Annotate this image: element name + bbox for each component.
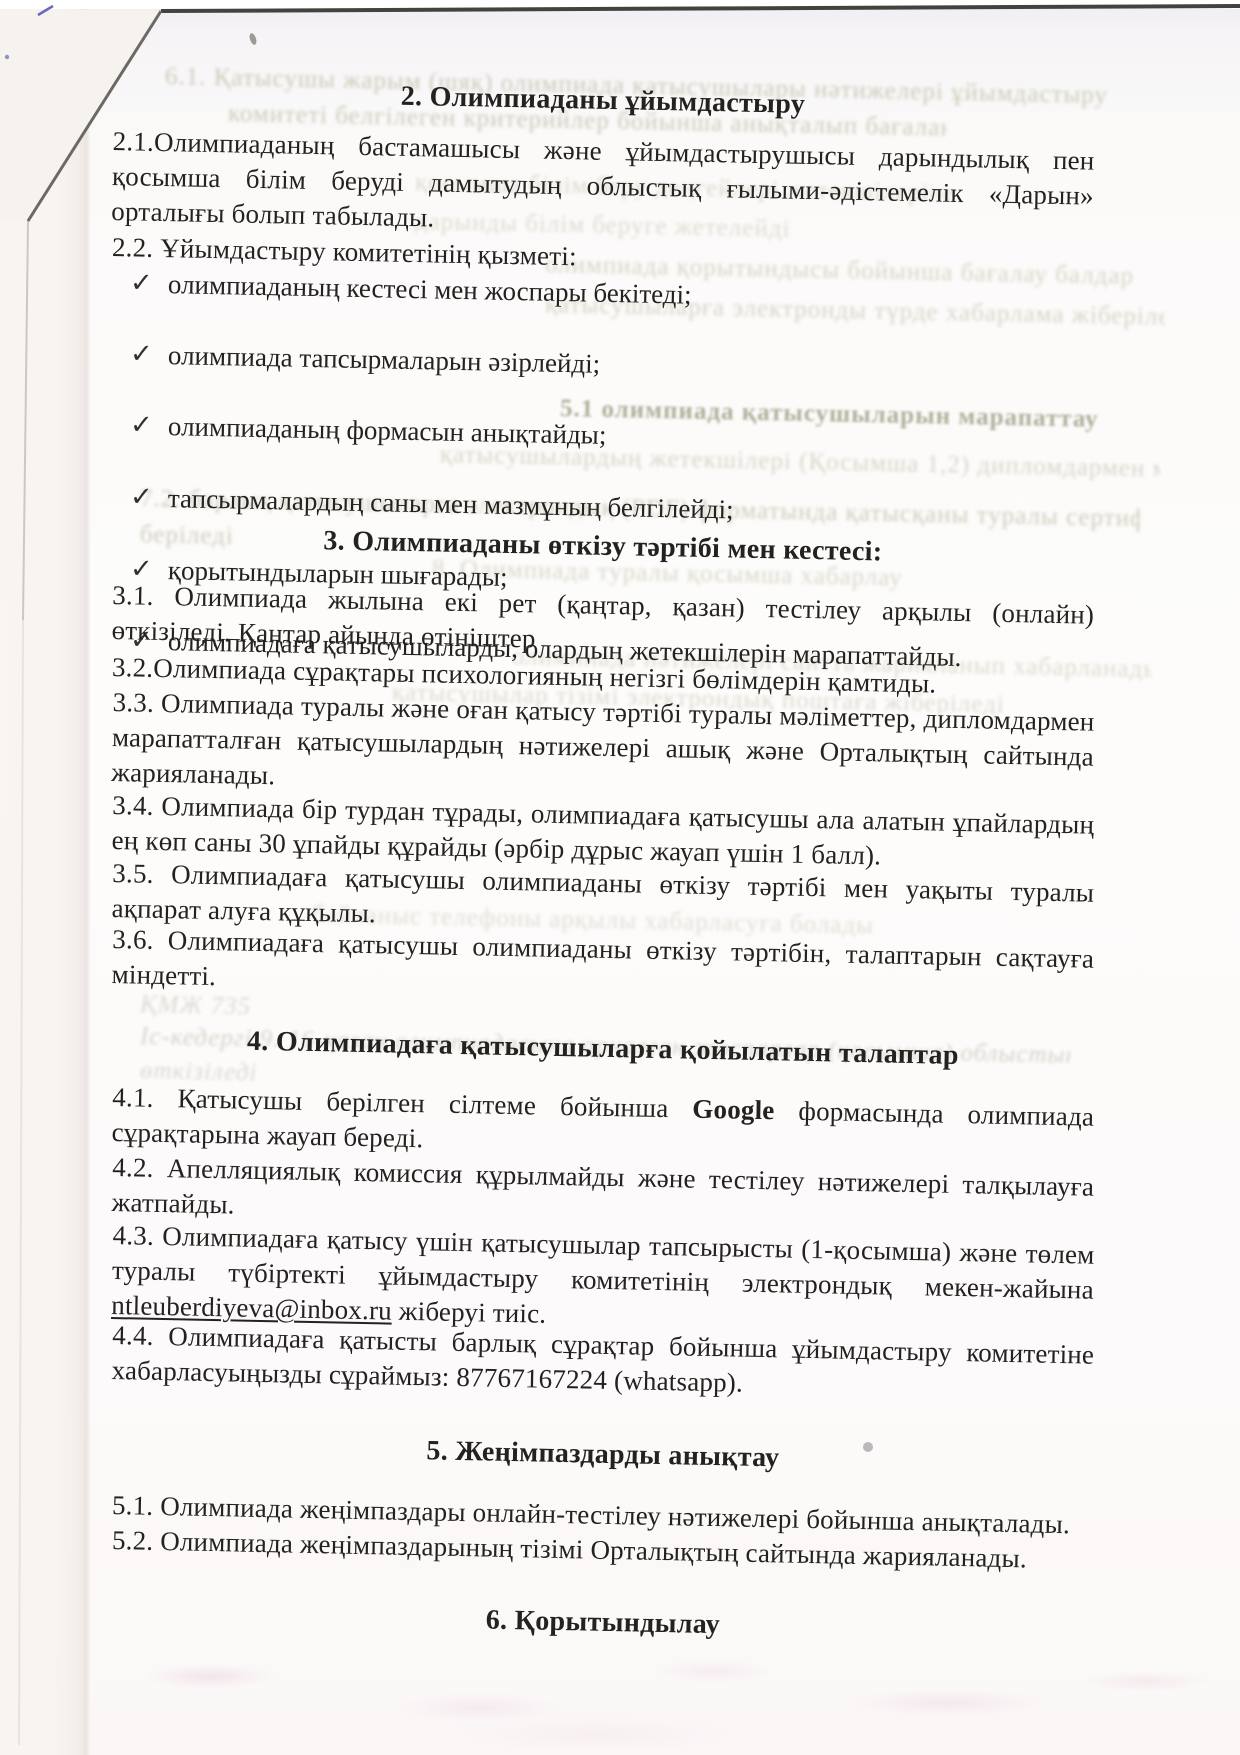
checkmark-icon: ✓ — [130, 337, 153, 371]
checkmark-icon: ✓ — [130, 480, 153, 514]
paragraph-2-1: 2.1.Олимпиаданың бастамашысы және ұйымда… — [111, 124, 1095, 249]
checkmark-icon: ✓ — [130, 266, 153, 300]
checkmark-icon: ✓ — [130, 408, 153, 442]
bleedthrough-line: ҚМЖ 735 — [140, 990, 252, 1022]
scan-noise-bottom — [70, 1645, 1240, 1750]
checklist-item-text: олимпиада тапсырмаларын әзірлейді; — [168, 340, 601, 379]
google-brand-word: Google — [692, 1094, 775, 1126]
page-left-edge-line — [23, 221, 28, 620]
checklist-item-text: олимпиаданың формасын анықтайды; — [168, 411, 607, 450]
page-top-edge-line — [161, 6, 1240, 11]
page-left-edge-faint — [19, 620, 23, 1745]
blue-ink-dot — [5, 55, 9, 59]
gray-speck — [248, 32, 257, 45]
